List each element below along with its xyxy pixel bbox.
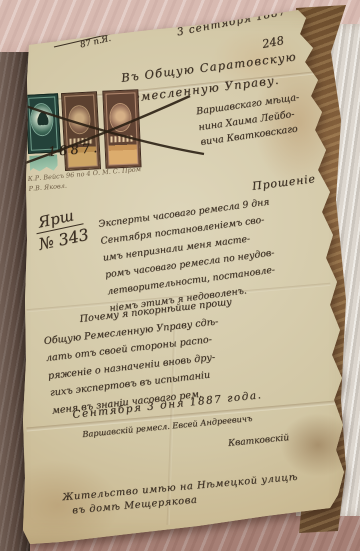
document-sheet-wrapper: № 1042 87 п.Я. 3 сентября 1887 248 Въ Об… bbox=[0, 0, 360, 551]
registration-mark: № 1042 87 п.Я. bbox=[49, 14, 114, 57]
signature-line-2: Кватковскій bbox=[228, 433, 290, 449]
photo-of-document: № 1042 87 п.Я. 3 сентября 1887 248 Въ Об… bbox=[0, 0, 360, 551]
revenue-stamp-brown-icon bbox=[102, 89, 141, 168]
revenue-stamps-row bbox=[25, 89, 142, 173]
applicant-block: Варшавскаго мѣща- нина Хаима Лейбо- вича… bbox=[195, 90, 304, 150]
date-header: 3 сентября 1887 bbox=[176, 6, 287, 39]
document-sheet: № 1042 87 п.Я. 3 сентября 1887 248 Въ Об… bbox=[0, 0, 360, 551]
registration-sub-label: 87 п.Я. bbox=[79, 33, 114, 50]
margin-case-mark: Ярш № 343 bbox=[32, 203, 90, 254]
revenue-stamp-green-icon bbox=[25, 93, 60, 173]
revenue-stamp-brown-icon bbox=[61, 91, 101, 171]
